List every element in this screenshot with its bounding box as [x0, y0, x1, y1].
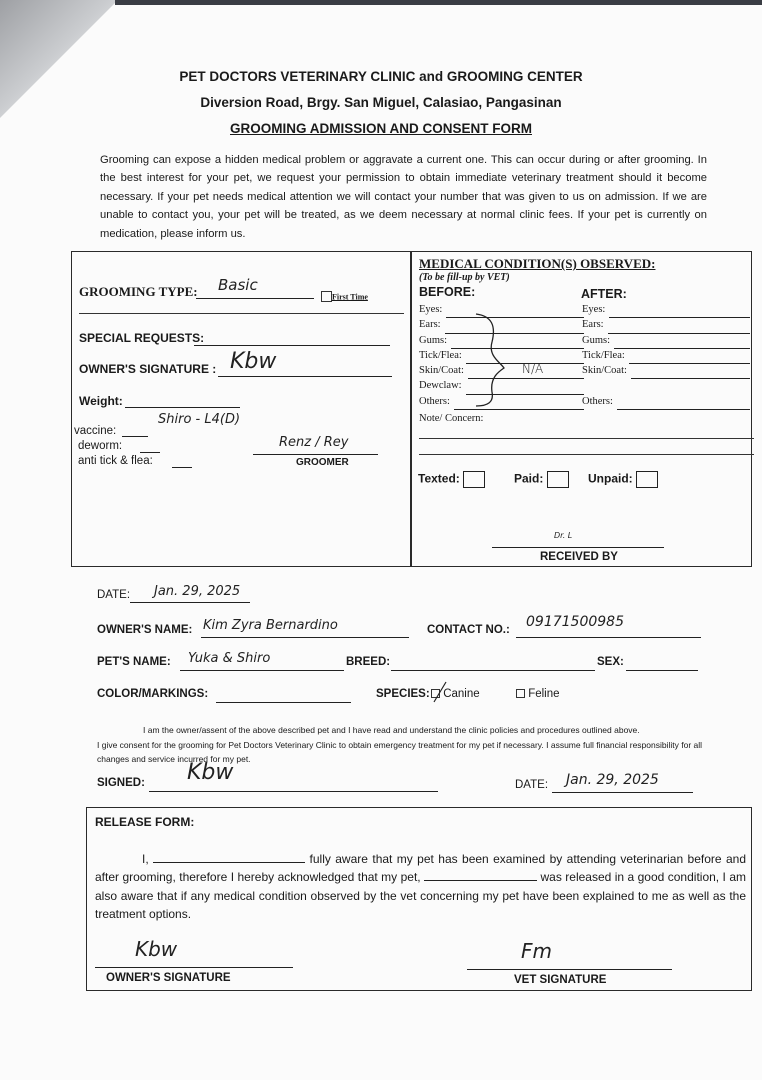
feline-checkbox[interactable] [516, 689, 525, 698]
note-line[interactable] [419, 438, 754, 439]
divider-line [79, 313, 404, 314]
after-field-row[interactable]: Ears: [582, 318, 750, 333]
received-by-value: Dr. L [554, 531, 572, 540]
breed-field[interactable] [391, 654, 595, 671]
before-note-value: N/A [522, 362, 543, 376]
sex-label: SEX: [597, 656, 624, 668]
checkmark-icon [432, 680, 448, 704]
first-time-checkbox[interactable] [321, 291, 332, 302]
date-label: DATE: [97, 589, 130, 601]
after-field-row[interactable]: Skin/Coat: [582, 364, 750, 379]
owner-name-field[interactable]: Kim Zyra Bernardino [201, 621, 409, 638]
contact-label: CONTACT NO.: [427, 624, 510, 636]
deworm-label: deworm: [78, 440, 122, 452]
species-label: SPECIES: [376, 688, 430, 700]
first-time-label: First Time [332, 292, 368, 301]
received-by-label: RECEIVED BY [540, 551, 618, 563]
note-label: Note/ Concern: [419, 412, 483, 426]
consent-date-field[interactable]: Jan. 29, 2025 [552, 777, 693, 793]
breed-label: BREED: [346, 656, 390, 668]
date-field[interactable]: Jan. 29, 2025 [130, 588, 250, 603]
clinic-name: PET DOCTORS VETERINARY CLINIC and GROOMI… [0, 69, 762, 84]
groomer-label: GROOMER [296, 457, 349, 468]
release-owner-signature-value: Kbw [135, 937, 177, 961]
owner-signature-value: Kbw [230, 349, 276, 374]
paid-group[interactable]: Paid: [514, 471, 569, 488]
after-field-row[interactable]: Others: [582, 395, 750, 410]
release-title: RELEASE FORM: [95, 815, 194, 829]
note-line[interactable] [419, 454, 754, 455]
weight-label: Weight: [79, 394, 123, 408]
pet-name-label: PET'S NAME: [97, 656, 171, 668]
special-requests-label: SPECIAL REQUESTS: [79, 331, 204, 345]
vet-signature-value: Fm [521, 939, 552, 963]
owner-signature-field[interactable]: Kbw [218, 361, 392, 377]
before-label: BEFORE: [419, 285, 475, 299]
vaccine-field[interactable] [122, 424, 148, 437]
owner-name-value: Kim Zyra Bernardino [203, 618, 338, 633]
release-owner-name-field[interactable] [153, 850, 305, 863]
grooming-type-field[interactable]: Basic [196, 282, 314, 299]
signed-label: SIGNED: [97, 777, 145, 789]
after-label: AFTER: [581, 287, 627, 301]
special-requests-field[interactable] [194, 331, 390, 346]
medical-subtitle: (To be fill-up by VET) [419, 272, 510, 283]
received-by-line[interactable] [492, 547, 664, 548]
texted-checkbox[interactable] [463, 471, 485, 488]
release-owner-signature-field[interactable]: Kbw [95, 951, 293, 968]
clinic-address: Diversion Road, Brgy. San Miguel, Calasi… [0, 95, 762, 110]
release-text: I, fully aware that my pet has been exam… [95, 850, 746, 924]
consent-date-label: DATE: [515, 779, 548, 791]
vet-signature-field[interactable]: Fm [467, 953, 672, 970]
pet-name-field[interactable]: Yuka & Shiro [180, 654, 344, 671]
after-field-row[interactable]: Eyes: [582, 303, 750, 318]
brace-mark [470, 312, 510, 408]
unpaid-checkbox[interactable] [636, 471, 658, 488]
groomer-field[interactable]: Renz / Rey [253, 438, 378, 455]
scan-edge [115, 0, 762, 5]
grooming-type-label: GROOMING TYPE: [79, 284, 198, 300]
pet-name-value: Yuka & Shiro [188, 651, 270, 666]
paid-checkbox[interactable] [547, 471, 569, 488]
consent-date-value: Jan. 29, 2025 [566, 772, 659, 788]
intro-paragraph: Grooming can expose a hidden medical pro… [100, 151, 707, 243]
texted-group[interactable]: Texted: [418, 471, 485, 488]
after-fields: Eyes: Ears: Gums: Tick/Flea: Skin/Coat: … [582, 303, 750, 410]
after-field-row[interactable]: Tick/Flea: [582, 349, 750, 364]
vaccine-value: Shiro - L4(D) [158, 412, 240, 427]
contact-value: 09171500985 [526, 614, 624, 630]
after-field-row[interactable]: Gums: [582, 334, 750, 349]
release-owner-signature-label: OWNER'S SIGNATURE [106, 972, 231, 984]
first-time-checkbox-group[interactable]: First Time [321, 288, 368, 306]
signed-field[interactable]: Kbw [149, 774, 438, 792]
owner-signature-label: OWNER'S SIGNATURE : [79, 362, 216, 376]
form-title: GROOMING ADMISSION AND CONSENT FORM [0, 121, 762, 136]
grooming-type-value: Basic [218, 276, 258, 294]
antitick-label: anti tick & flea: [78, 455, 153, 467]
weight-field[interactable] [125, 393, 240, 408]
release-pet-name-field[interactable] [424, 868, 537, 881]
contact-field[interactable]: 09171500985 [516, 621, 701, 638]
medical-title: MEDICAL CONDITION(S) OBSERVED: [419, 256, 655, 272]
vet-signature-label: VET SIGNATURE [514, 974, 606, 986]
signed-value: Kbw [187, 760, 233, 785]
section-divider [410, 251, 412, 566]
sex-field[interactable] [626, 654, 698, 671]
color-label: COLOR/MARKINGS: [97, 688, 208, 700]
owner-name-label: OWNER'S NAME: [97, 624, 192, 636]
color-field[interactable] [216, 686, 351, 703]
date-value: Jan. 29, 2025 [154, 584, 240, 599]
vaccine-label: vaccine: [74, 425, 116, 437]
species-option-feline[interactable]: Feline [516, 688, 560, 700]
unpaid-group[interactable]: Unpaid: [588, 471, 658, 488]
antitick-field[interactable] [172, 455, 192, 468]
groomer-value: Renz / Rey [279, 435, 348, 450]
deworm-field[interactable] [140, 440, 160, 453]
